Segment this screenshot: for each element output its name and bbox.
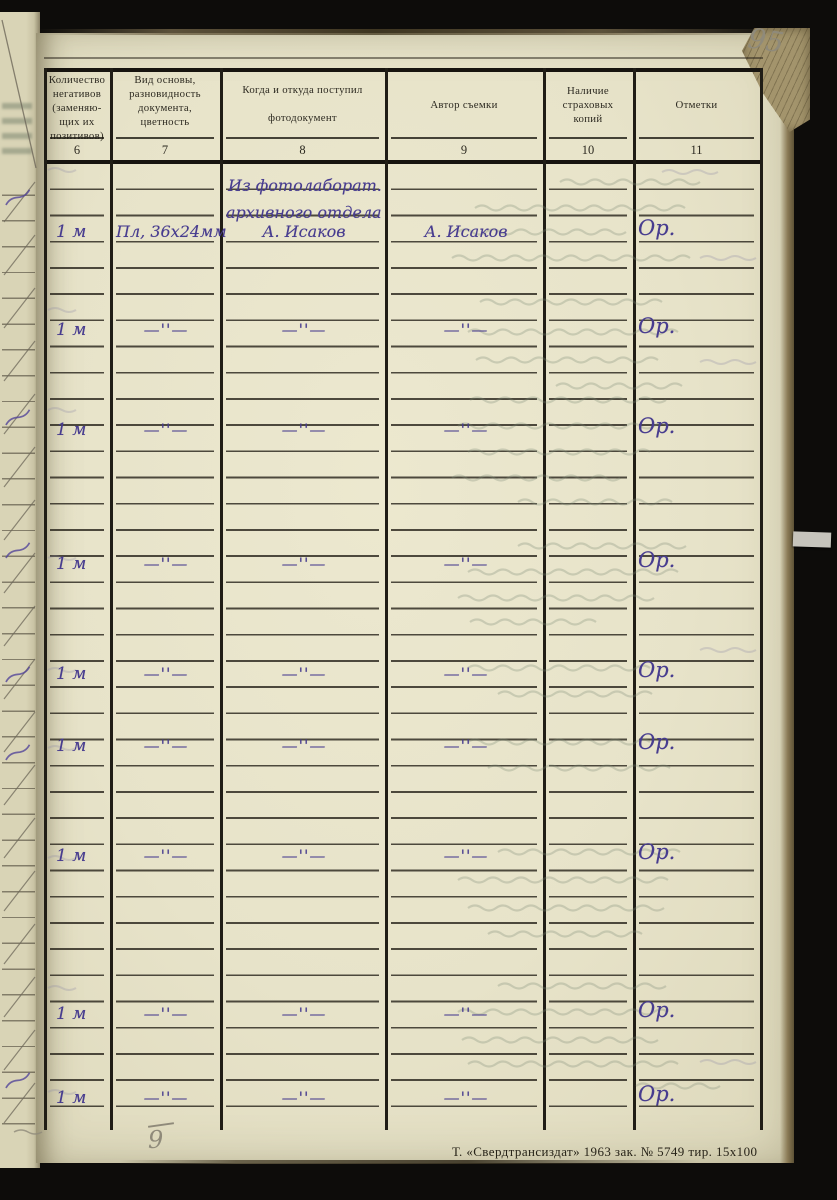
cell-author: А. Исаков	[393, 222, 539, 241]
cell-received-note: архивного отдела	[226, 203, 382, 222]
cell-quantity: 1 м	[56, 222, 106, 242]
column-header: Автор съемки	[388, 72, 540, 138]
cell-basis: —''—	[116, 1088, 216, 1107]
bleedthrough-print	[2, 94, 34, 166]
column-number: 8	[223, 141, 382, 159]
column-border	[760, 68, 763, 1130]
cell-received: —''—	[228, 420, 380, 439]
column-header: Вид основы, разновидность документа, цве…	[113, 72, 217, 139]
cell-basis: —''—	[116, 846, 216, 865]
previous-page-ruling	[2, 170, 35, 1145]
column-header: Количество негативов (заменяю- щих их по…	[47, 72, 107, 139]
column-number: 7	[113, 141, 217, 159]
cell-basis: —''—	[116, 736, 216, 755]
cell-author: —''—	[393, 420, 539, 439]
cell-basis: —''—	[116, 320, 216, 339]
cell-basis: —''—	[116, 554, 216, 573]
cell-quantity: 1 м	[56, 1004, 106, 1024]
worn-top-edge	[36, 29, 790, 35]
cell-quantity: 1 м	[56, 320, 106, 340]
column-header: Когда и откуда поступил фотодокумент	[223, 72, 382, 138]
cell-author: —''—	[393, 1004, 539, 1023]
cell-basis: Пл, 36х24мм	[116, 222, 216, 241]
cell-basis: —''—	[116, 1004, 216, 1023]
cell-received: —''—	[228, 554, 380, 573]
cell-received: —''—	[228, 736, 380, 755]
cell-received: А. Исаков	[228, 222, 380, 241]
cell-received: —''—	[228, 664, 380, 683]
cell-author: —''—	[393, 554, 539, 573]
cell-marks: Ор.	[638, 730, 698, 754]
cell-author: —''—	[393, 846, 539, 865]
cell-received: —''—	[228, 1088, 380, 1107]
cell-marks: Ор.	[638, 658, 698, 682]
cell-quantity: 1 м	[56, 846, 106, 866]
previous-page-edge	[0, 12, 40, 1168]
cell-quantity: 1 м	[56, 554, 106, 574]
cell-marks: Ор.	[638, 998, 698, 1022]
cell-received-note: Из фотолаборат.	[228, 176, 382, 195]
worn-right-edge	[780, 33, 794, 1163]
cell-received: —''—	[228, 846, 380, 865]
printers-imprint: Т. «Свердтрансиздат» 1963 зак. № 5749 ти…	[452, 1144, 757, 1160]
cell-author: —''—	[393, 736, 539, 755]
scanned-register-page: Количество негативов (заменяю- щих их по…	[0, 0, 837, 1200]
folio-number-pencil: 95	[746, 21, 786, 59]
cell-marks: Ор.	[638, 548, 698, 572]
cell-marks: Ор.	[638, 1082, 698, 1106]
column-number: 9	[388, 141, 540, 159]
worn-bottom-edge	[120, 1160, 700, 1164]
sheet-count-pencil: 9	[148, 1124, 174, 1154]
cell-received: —''—	[228, 1004, 380, 1023]
cell-quantity: 1 м	[56, 664, 106, 684]
cell-marks: Ор.	[638, 414, 698, 438]
cell-marks: Ор.	[638, 840, 698, 864]
cell-author: —''—	[393, 664, 539, 683]
cell-basis: —''—	[116, 664, 216, 683]
cell-marks: Ор.	[638, 314, 698, 338]
cell-received: —''—	[228, 320, 380, 339]
cell-basis: —''—	[116, 420, 216, 439]
column-header: Наличие страховых копий	[546, 72, 630, 138]
column-number: 6	[47, 141, 107, 159]
bookmark-tab	[793, 531, 832, 547]
cell-author: —''—	[393, 320, 539, 339]
cell-quantity: 1 м	[56, 420, 106, 440]
cell-marks: Ор.	[638, 216, 698, 240]
cell-quantity: 1 м	[56, 736, 106, 756]
column-number: 10	[546, 141, 630, 159]
column-header: Отметки	[636, 72, 757, 138]
cell-author: —''—	[393, 1088, 539, 1107]
cell-quantity: 1 м	[56, 1088, 106, 1108]
column-number: 11	[636, 141, 757, 159]
